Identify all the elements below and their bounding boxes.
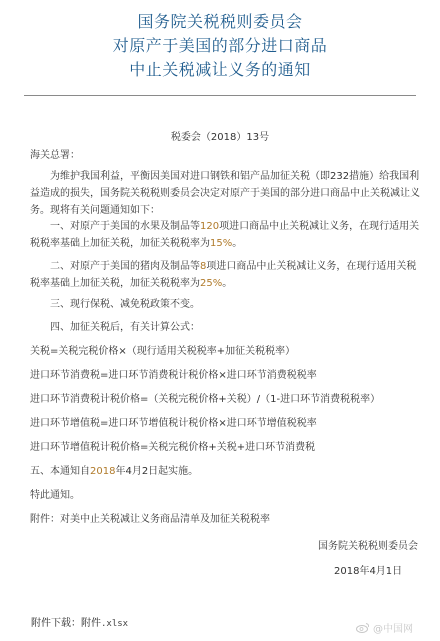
item-five-prefix: 五、本通知自 — [30, 466, 90, 477]
attachment-ext: .xlsx — [101, 619, 128, 629]
watermark-text: @中国网 — [373, 620, 413, 635]
item-one-suffix: 。 — [232, 238, 242, 249]
item-three: 三、现行保税、减免税政策不变。 — [30, 296, 425, 313]
item-one-count: 120 — [200, 221, 219, 232]
closing: 特此通知。 — [30, 487, 425, 504]
item-two-prefix: 二、对原产于美国的猪肉及制品等 — [50, 261, 200, 272]
document-title: 国务院关税税则委员会 对原产于美国的部分进口商品 中止关税减让义务的通知 — [0, 10, 440, 82]
title-line-2: 对原产于美国的部分进口商品 — [0, 34, 440, 58]
formula-tariff: 关税=关税完税价格×（现行适用关税税率+加征关税税率） — [30, 343, 425, 360]
watermark: @中国网 — [356, 620, 413, 635]
item-two: 二、对原产于美国的猪肉及制品等8项进口商品中止关税减让义务，在现行适用关税税率基… — [30, 258, 425, 292]
item-five-suffix: 年4月2日起实施。 — [115, 466, 198, 477]
salutation: 海关总署： — [30, 147, 425, 164]
item-one-rate: 15% — [210, 238, 232, 249]
item-two-rate: 25% — [200, 278, 222, 289]
item-five-year: 2018 — [90, 466, 115, 477]
download-label: 附件下载： — [31, 618, 81, 629]
signature-date: 2018年4月1日 — [334, 562, 402, 577]
item-five: 五、本通知自2018年4月2日起实施。 — [30, 463, 425, 480]
formula-vat: 进口环节增值税=进口环节增值税计税价格×进口环节增值税税率 — [30, 415, 425, 432]
formula-consumption-tax-base: 进口环节消费税计税价格=（关税完税价格+关税）/（1-进口环节消费税税率） — [30, 391, 425, 408]
item-four: 四、加征关税后，有关计算公式： — [30, 319, 425, 336]
formula-vat-base: 进口环节增值税计税价格=关税完税价格+关税+进口环节消费税 — [30, 439, 425, 456]
formula-consumption-tax: 进口环节消费税=进口环节消费税计税价格×进口环节消费税税率 — [30, 367, 425, 384]
attachment-download: 附件下载：附件.xlsx — [31, 614, 128, 629]
document-number: 税委会（2018）13号 — [0, 128, 440, 143]
attachment-link[interactable]: 附件 — [81, 618, 101, 629]
title-line-1: 国务院关税税则委员会 — [0, 10, 440, 34]
attachment-note: 附件：对美中止关税减让义务商品清单及加征关税税率 — [30, 511, 425, 528]
weibo-icon — [356, 622, 370, 633]
intro-paragraph: 为维护我国利益，平衡因美国对进口钢铁和铝产品加征关税（即232措施）给我国利益造… — [30, 168, 425, 219]
title-line-3: 中止关税减让义务的通知 — [0, 58, 440, 82]
title-divider — [24, 95, 416, 96]
signature-org: 国务院关税税则委员会 — [318, 537, 418, 552]
item-two-suffix: 。 — [222, 278, 232, 289]
item-one: 一、对原产于美国的水果及制品等120项进口商品中止关税减让义务，在现行适用关税税… — [30, 218, 425, 252]
item-one-prefix: 一、对原产于美国的水果及制品等 — [50, 221, 200, 232]
